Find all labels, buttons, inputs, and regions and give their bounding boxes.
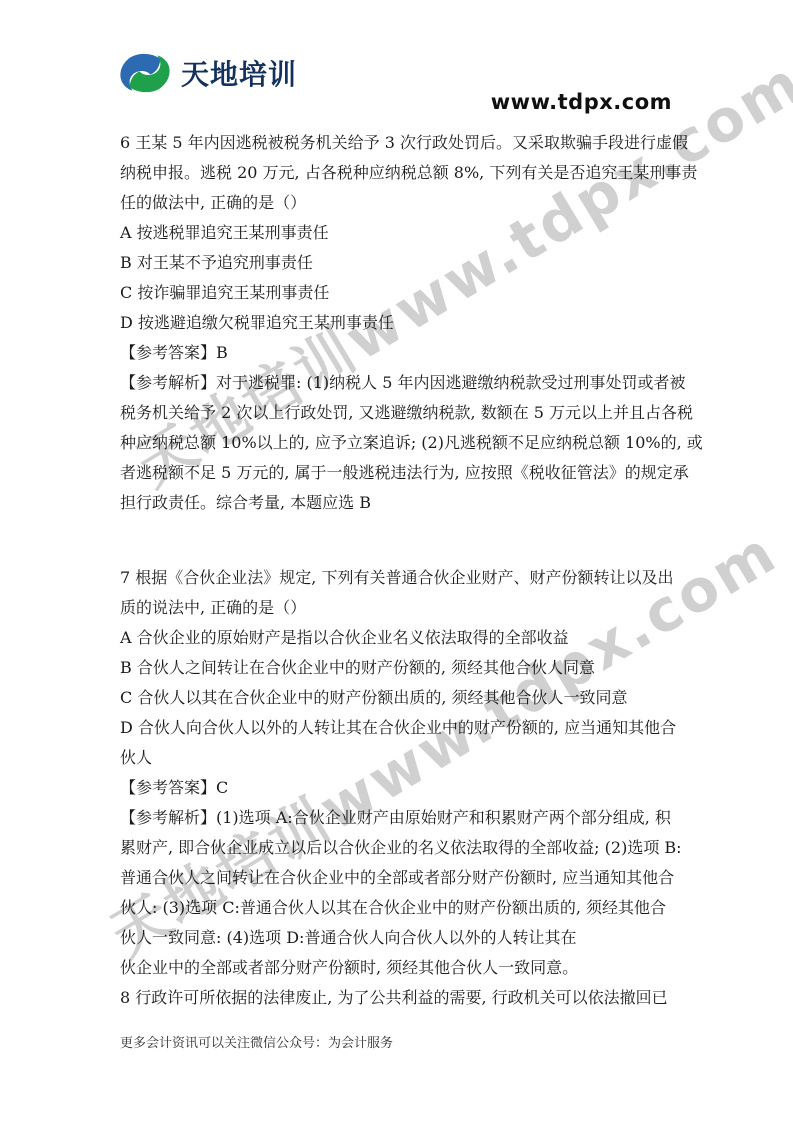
text-line: 纳税申报。逃税 20 万元, 占各税种应纳税总额 8%, 下列有关是否追究王某刑… bbox=[120, 158, 676, 188]
text-line: 伙人一致同意: (4)选项 D:普通合伙人向合伙人以外的人转让其在 bbox=[120, 923, 676, 953]
question-7-block: 7 根据《合伙企业法》规定, 下列有关普通合伙企业财产、财产份额转让以及出质的说… bbox=[120, 563, 676, 983]
text-line: B 对王某不予追究刑事责任 bbox=[120, 248, 676, 278]
question-6-block: 6 王某 5 年内因逃税被税务机关给予 3 次行政处罚后。又采取欺骗手段进行虚假… bbox=[120, 128, 676, 518]
text-line: 者逃税额不足 5 万元的, 属于一般逃税违法行为, 应按照《税收征管法》的规定承 bbox=[120, 458, 676, 488]
text-line: 【参考解析】(1)选项 A:合伙企业财产由原始财产和积累财产两个部分组成, 积 bbox=[120, 803, 676, 833]
text-line: 【参考解析】对于逃税罪: (1)纳税人 5 年内因逃避缴纳税款受过刑事处罚或者被 bbox=[120, 368, 676, 398]
text-line: D 按逃避追缴欠税罪追究王某刑事责任 bbox=[120, 308, 676, 338]
text-line: C 合伙人以其在合伙企业中的财产份额出质的, 须经其他合伙人一致同意 bbox=[120, 683, 676, 713]
text-line: 6 王某 5 年内因逃税被税务机关给予 3 次行政处罚后。又采取欺骗手段进行虚假 bbox=[120, 128, 676, 158]
document-page: 天地培训www.tdpx.com 天地培训www.tdpx.com 天地培训 w… bbox=[0, 0, 793, 1122]
text-line: D 合伙人向合伙人以外的人转让其在合伙企业中的财产份额的, 应当通知其他合 bbox=[120, 713, 676, 743]
text-line: 伙人 bbox=[120, 743, 676, 773]
text-line: 8 行政许可所依据的法律废止, 为了公共利益的需要, 行政机关可以依法撤回已 bbox=[120, 983, 676, 1013]
text-line: 【参考答案】B bbox=[120, 338, 676, 368]
footer-note: 更多会计资讯可以关注微信公众号：为会计服务 bbox=[120, 1032, 393, 1051]
text-line: 伙企业中的全部或者部分财产份额时, 须经其他合伙人一致同意。 bbox=[120, 953, 676, 983]
text-line: 普通合伙人之间转让在合伙企业中的全部或者部分财产份额时, 应当通知其他合 bbox=[120, 863, 676, 893]
text-line: 担行政责任。综合考量, 本题应选 B bbox=[120, 488, 676, 518]
text-line: 累财产, 即合伙企业成立以后以合伙企业的名义依法取得的全部收益; (2)选项 B… bbox=[120, 833, 676, 863]
text-line: B 合伙人之间转让在合伙企业中的财产份额的, 须经其他合伙人同意 bbox=[120, 653, 676, 683]
text-line: 种应纳税总额 10%以上的, 应予立案追诉; (2)凡逃税额不足应纳税总额 10… bbox=[120, 428, 676, 458]
text-line: 税务机关给予 2 次以上行政处罚, 又逃避缴纳税款, 数额在 5 万元以上并且占… bbox=[120, 398, 676, 428]
text-line: 质的说法中, 正确的是（） bbox=[120, 593, 676, 623]
text-line: 7 根据《合伙企业法》规定, 下列有关普通合伙企业财产、财产份额转让以及出 bbox=[120, 563, 676, 593]
text-line: 【参考答案】C bbox=[120, 773, 676, 803]
logo: 天地培训 bbox=[118, 50, 297, 96]
document-body: 6 王某 5 年内因逃税被税务机关给予 3 次行政处罚后。又采取欺骗手段进行虚假… bbox=[120, 128, 676, 1013]
text-line: A 按逃税罪追究王某刑事责任 bbox=[120, 218, 676, 248]
text-line: 任的做法中, 正确的是（） bbox=[120, 188, 676, 218]
logo-text: 天地培训 bbox=[181, 53, 297, 93]
text-line: 伙人: (3)选项 C:普通合伙人以其在合伙企业中的财产份额出质的, 须经其他合 bbox=[120, 893, 676, 923]
site-url: www.tdpx.com bbox=[491, 90, 672, 114]
question-8-block: 8 行政许可所依据的法律废止, 为了公共利益的需要, 行政机关可以依法撤回已 bbox=[120, 983, 676, 1013]
swirl-logo-icon bbox=[118, 50, 172, 96]
text-line: C 按诈骗罪追究王某刑事责任 bbox=[120, 278, 676, 308]
text-line: A 合伙企业的原始财产是指以合伙企业名义依法取得的全部收益 bbox=[120, 623, 676, 653]
